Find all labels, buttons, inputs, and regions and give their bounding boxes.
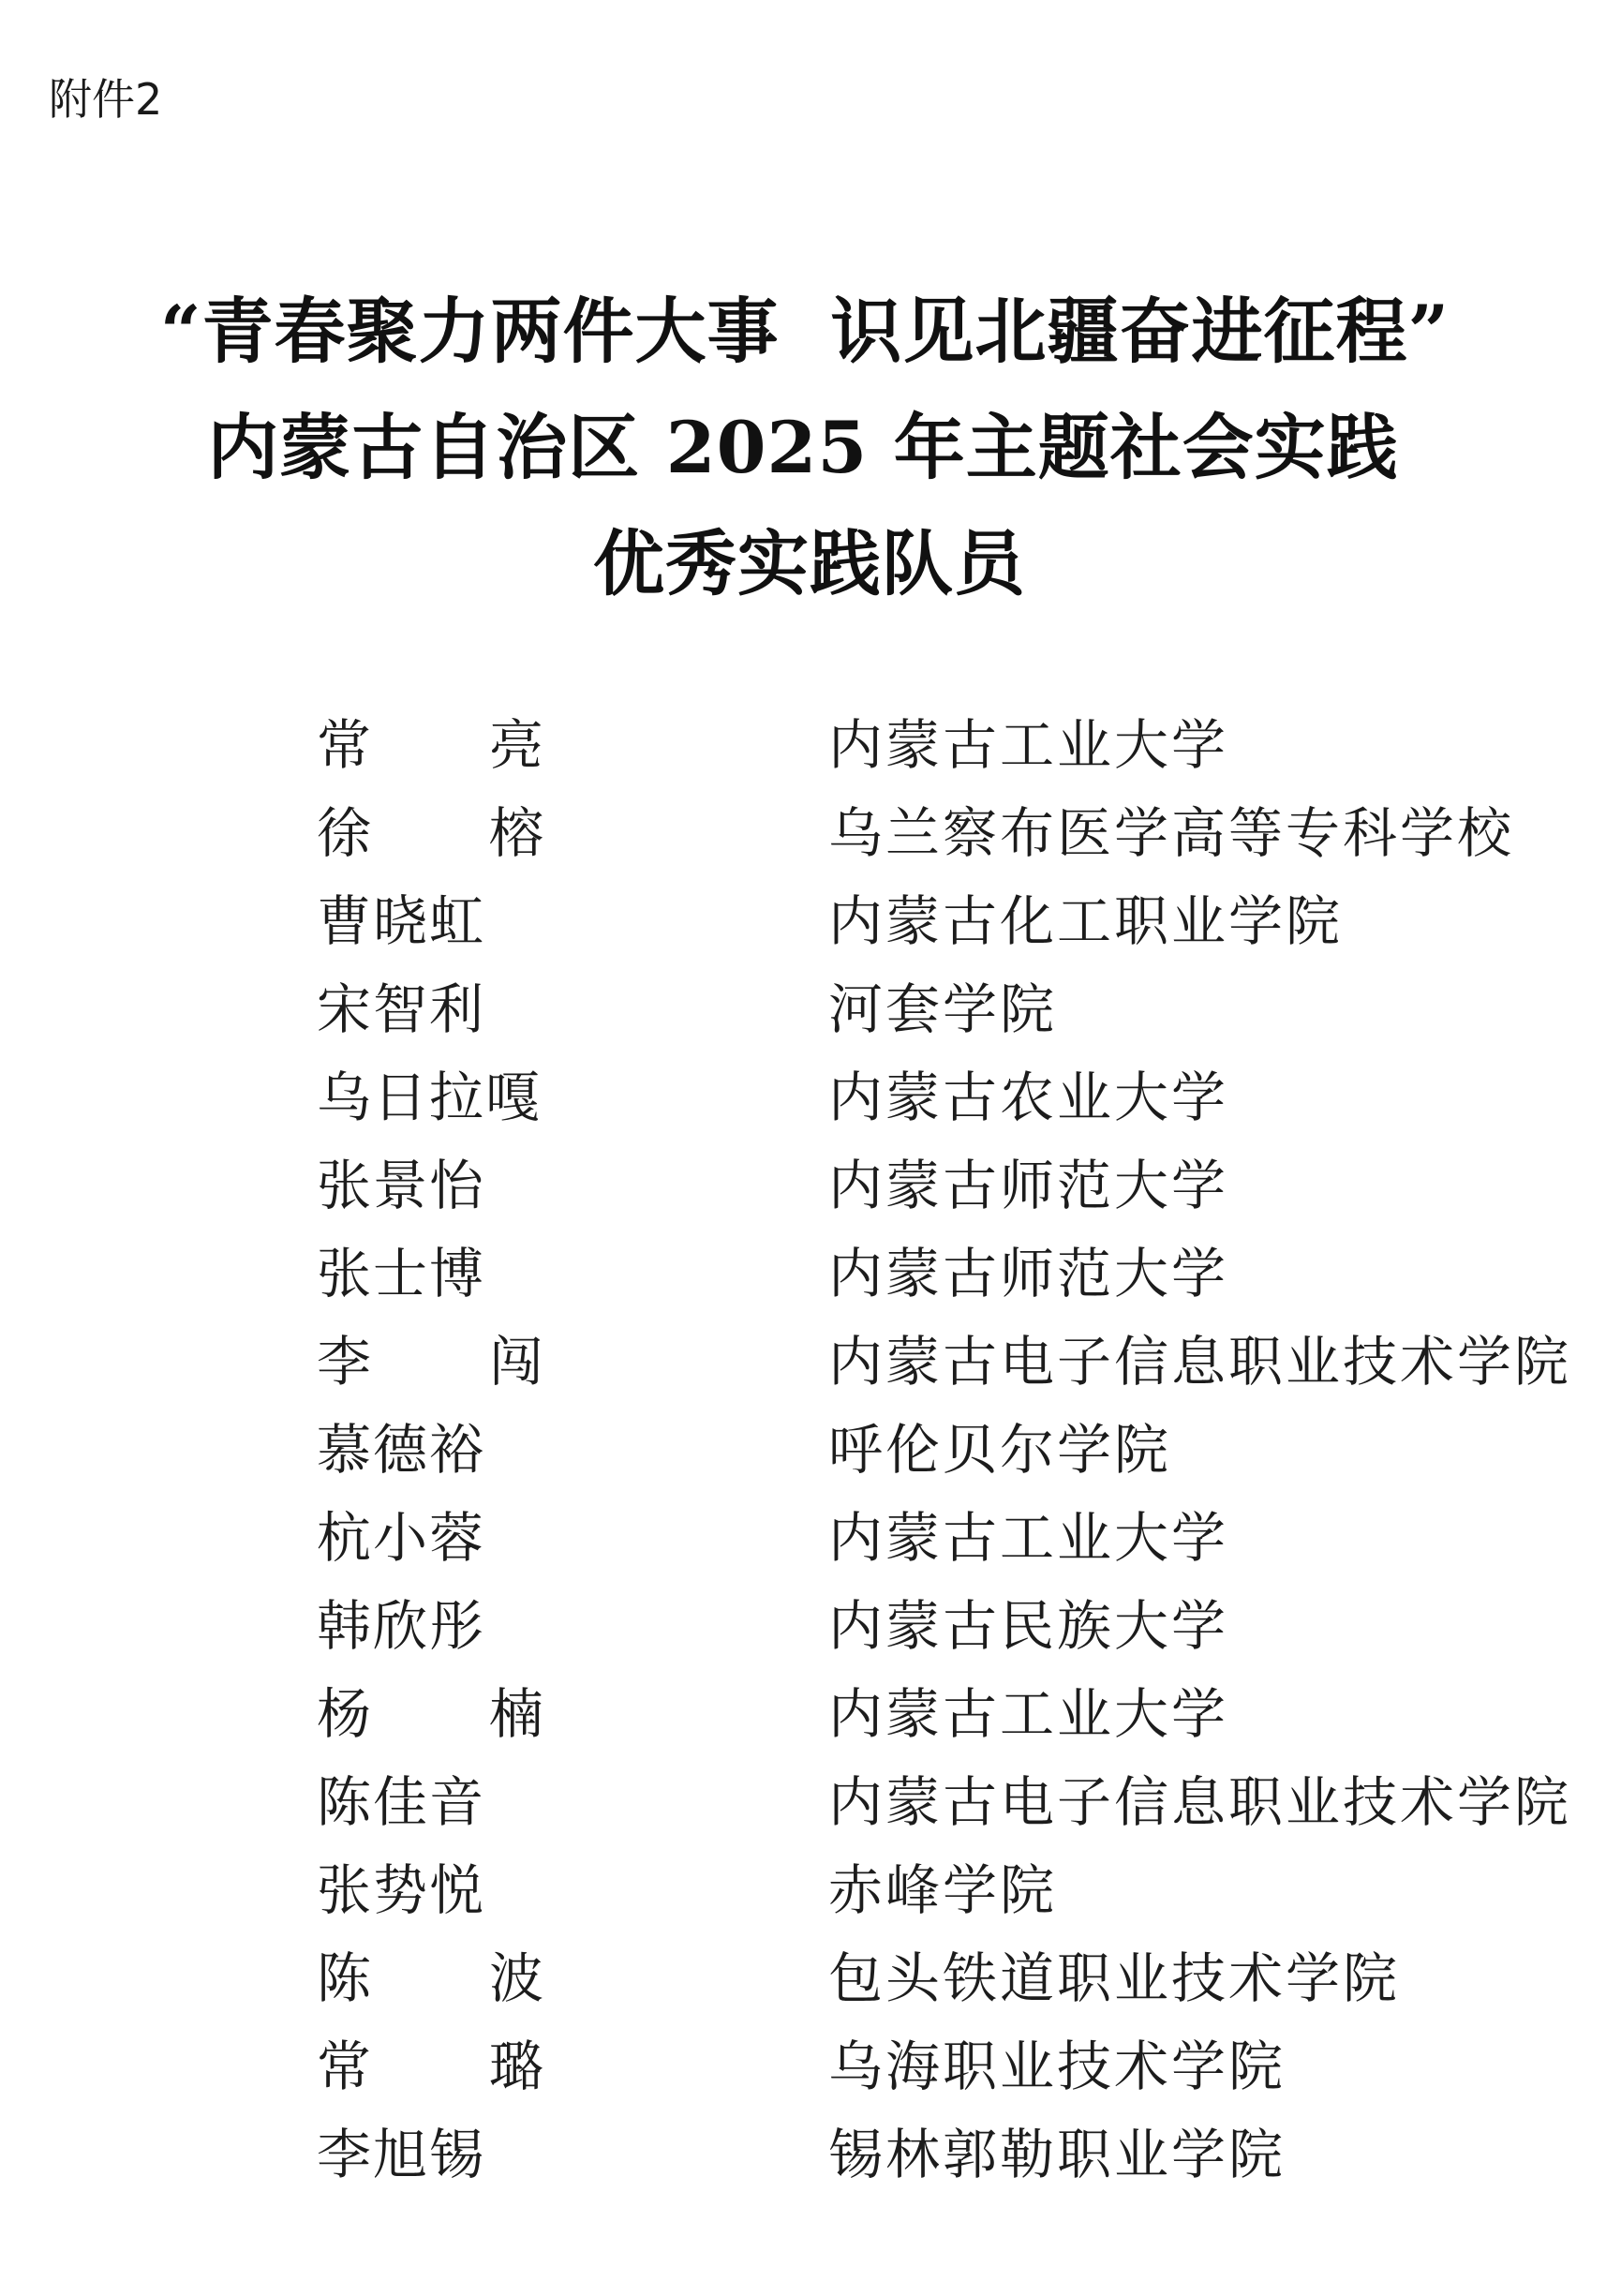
member-name: 常璐 xyxy=(317,2022,545,2110)
member-school: 内蒙古师范大学 xyxy=(828,1230,1228,1318)
member-name: 杭小蓉 xyxy=(317,1494,485,1582)
document-title: “青春聚力两件大事 识见北疆奋进征程” 内蒙古自治区 2025 年主题社会实践 … xyxy=(0,274,1621,622)
list-item: 乌日拉嘎 内蒙古农业大学 xyxy=(0,1053,1621,1141)
member-school: 河套学院 xyxy=(828,965,1057,1053)
member-name: 张势悦 xyxy=(317,1846,485,1934)
member-school: 乌兰察布医学高等专科学校 xyxy=(828,789,1514,877)
list-item: 陈佳音 内蒙古电子信息职业技术学院 xyxy=(0,1758,1621,1846)
member-name: 杨楠 xyxy=(317,1670,545,1758)
member-name: 张士博 xyxy=(317,1230,485,1318)
list-item: 徐榕 乌兰察布医学高等专科学校 xyxy=(0,789,1621,877)
list-item: 张士博 内蒙古师范大学 xyxy=(0,1230,1621,1318)
member-name: 曹晓虹 xyxy=(317,877,485,965)
member-name: 张景怡 xyxy=(317,1141,485,1230)
member-school: 包头铁道职业技术学院 xyxy=(828,1934,1400,2022)
member-name: 陈佳音 xyxy=(317,1758,485,1846)
member-school: 内蒙古工业大学 xyxy=(828,1494,1228,1582)
list-item: 宋智利 河套学院 xyxy=(0,965,1621,1053)
list-item: 杨楠 内蒙古工业大学 xyxy=(0,1670,1621,1758)
title-line-award: 优秀实践队员 xyxy=(0,506,1621,622)
list-item: 常亮 内蒙古工业大学 xyxy=(0,701,1621,789)
list-item: 杭小蓉 内蒙古工业大学 xyxy=(0,1494,1621,1582)
member-school: 呼伦贝尔学院 xyxy=(828,1406,1171,1494)
member-name: 韩欣彤 xyxy=(317,1582,485,1670)
list-item: 曹晓虹 内蒙古化工职业学院 xyxy=(0,877,1621,965)
member-school: 内蒙古工业大学 xyxy=(828,701,1228,789)
list-item: 李闯 内蒙古电子信息职业技术学院 xyxy=(0,1318,1621,1406)
member-school: 内蒙古电子信息职业技术学院 xyxy=(828,1318,1571,1406)
member-name: 徐榕 xyxy=(317,789,545,877)
title-line-campaign: “青春聚力两件大事 识见北疆奋进征程” xyxy=(0,274,1621,390)
member-name: 陈波 xyxy=(317,1934,545,2022)
list-item: 张景怡 内蒙古师范大学 xyxy=(0,1141,1621,1230)
member-school: 内蒙古电子信息职业技术学院 xyxy=(828,1758,1571,1846)
member-name: 李旭锡 xyxy=(317,2110,485,2199)
member-school: 内蒙古师范大学 xyxy=(828,1141,1228,1230)
member-name: 李闯 xyxy=(317,1318,545,1406)
member-name: 常亮 xyxy=(317,701,545,789)
list-item: 韩欣彤 内蒙古民族大学 xyxy=(0,1582,1621,1670)
member-school: 内蒙古化工职业学院 xyxy=(828,877,1343,965)
list-item: 常璐 乌海职业技术学院 xyxy=(0,2022,1621,2110)
member-school: 锡林郭勒职业学院 xyxy=(828,2110,1286,2199)
member-school: 内蒙古农业大学 xyxy=(828,1053,1228,1141)
member-school: 乌海职业技术学院 xyxy=(828,2022,1286,2110)
member-name: 宋智利 xyxy=(317,965,485,1053)
member-school: 赤峰学院 xyxy=(828,1846,1057,1934)
list-item: 陈波 包头铁道职业技术学院 xyxy=(0,1934,1621,2022)
member-school: 内蒙古民族大学 xyxy=(828,1582,1228,1670)
list-item: 李旭锡 锡林郭勒职业学院 xyxy=(0,2110,1621,2199)
member-name: 慕德裕 xyxy=(317,1406,485,1494)
list-item: 张势悦 赤峰学院 xyxy=(0,1846,1621,1934)
member-school: 内蒙古工业大学 xyxy=(828,1670,1228,1758)
list-item: 慕德裕 呼伦贝尔学院 xyxy=(0,1406,1621,1494)
attachment-label: 附件2 xyxy=(49,73,162,126)
member-name: 乌日拉嘎 xyxy=(317,1053,542,1141)
title-line-region-year: 内蒙古自治区 2025 年主题社会实践 xyxy=(0,390,1621,506)
